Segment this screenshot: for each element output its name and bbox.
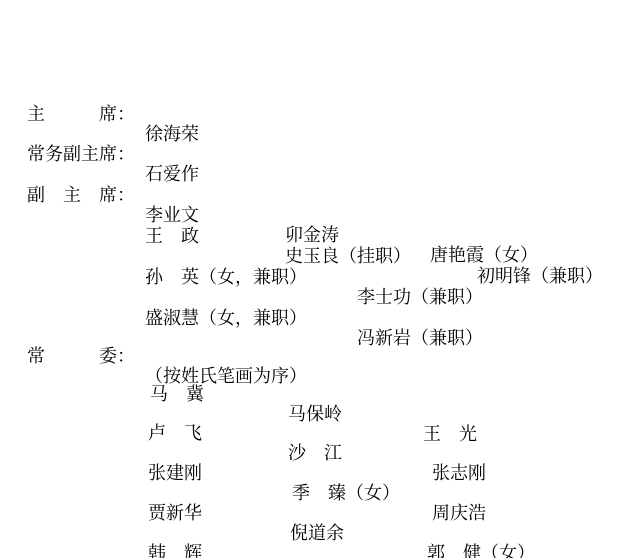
role-label: 副 主 席： — [27, 185, 135, 205]
person-name: 卯金涛 — [285, 225, 339, 245]
role-label: 常 委： — [27, 346, 135, 366]
row-chairman: 主 席： 徐海荣 — [0, 84, 637, 104]
document-page: 主 席： 徐海荣 常务副主席： 石爱作 副 主 席： 李业文 卯金涛 唐艳霞（女… — [0, 0, 637, 558]
row-standing-committee-4: 贾新华 倪道余 郭 健（女） — [0, 483, 637, 503]
person-name: 卢 飞 — [148, 423, 202, 443]
row-standing-committee-1: 马 冀 马保岭 王 光 — [0, 364, 637, 384]
row-standing-committee-2: 卢 飞 沙 江 张志刚 — [0, 403, 637, 423]
person-name: 初明锋（兼职） — [477, 266, 603, 286]
person-name: 郭 健（女） — [427, 543, 535, 558]
person-name: 王 光 — [423, 424, 477, 444]
person-name: 韩 辉 — [148, 543, 202, 558]
person-name: 张建刚 — [148, 463, 202, 483]
row-standing-committee-header: 常 委： （按姓氏笔画为序） — [0, 326, 637, 346]
person-name: 马 冀 — [150, 384, 204, 404]
row-executive-vice-chairman: 常务副主席： 石爱作 — [0, 124, 637, 144]
person-name: 王 政 — [145, 226, 199, 246]
person-name: 周庆浩 — [432, 503, 486, 523]
row-vice-chairmen-3: 孙 英（女，兼职） 李士功（兼职） — [0, 247, 637, 267]
row-vice-chairmen-4: 盛淑慧（女，兼职） 冯新岩（兼职） — [0, 288, 637, 308]
role-label: 常务副主席： — [27, 144, 135, 164]
person-name: 孙 英（女，兼职） — [145, 267, 307, 287]
person-name: 盛淑慧（女，兼职） — [145, 308, 307, 328]
role-label: 主 席： — [27, 104, 135, 124]
row-vice-chairmen-2: 王 政 史玉良（挂职） 初明锋（兼职） — [0, 206, 637, 226]
person-name: 贾新华 — [148, 503, 202, 523]
person-name: 张志刚 — [432, 463, 486, 483]
row-standing-committee-3: 张建刚 季 臻（女） 周庆浩 — [0, 443, 637, 463]
row-standing-committee-5: 韩 辉 — [0, 523, 637, 543]
row-vice-chairmen-1: 副 主 席： 李业文 卯金涛 唐艳霞（女） — [0, 165, 637, 185]
